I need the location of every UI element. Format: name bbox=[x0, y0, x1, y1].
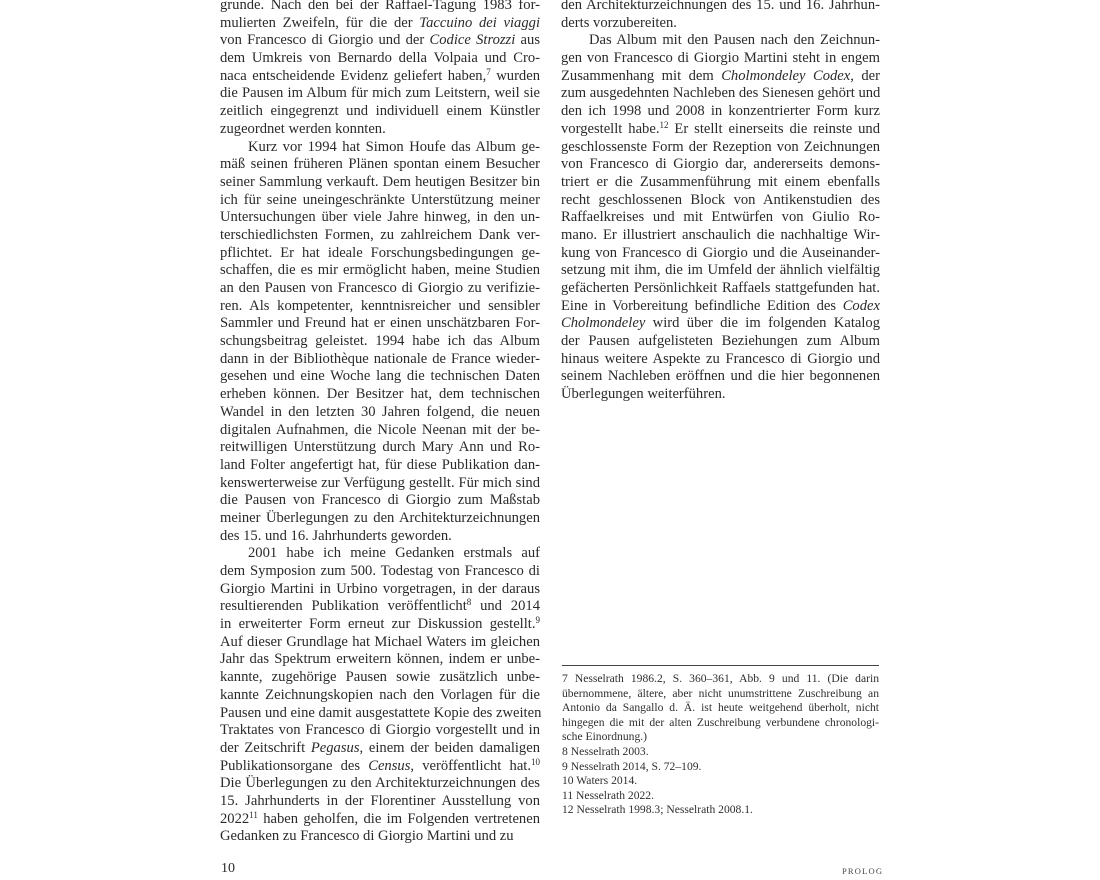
right-text-column: den Architekturzeichnungen des 15. und 1… bbox=[561, 0, 880, 404]
text-line: dann in der Bibliothèque nationale de Fr… bbox=[220, 351, 540, 369]
text-line: Auf dieser Grundlage hat Michael Waters … bbox=[220, 634, 540, 652]
text-line: dem Umkreis von Bernardo della Volpaia u… bbox=[220, 50, 540, 68]
left-text-column: grunde. Nach den bei der Raffael-Tagung … bbox=[220, 0, 540, 846]
footnotes: 7 Nesselrath 1986.2, S. 360–361, Abb. 9 … bbox=[562, 672, 879, 818]
text-line: Publikationsorgane des Census, veröffent… bbox=[220, 758, 540, 776]
footnote-line: sche Einordnung.) bbox=[562, 730, 879, 745]
text-line: Raffaelkreises und mit Entwürfen von Giu… bbox=[561, 209, 880, 227]
text-line: die Pausen im Album für mich zum Leitste… bbox=[220, 85, 540, 103]
footnote-line: 11 Nesselrath 2022. bbox=[562, 789, 879, 804]
text-line: ich für seine uneingeschränkte Unterstüt… bbox=[220, 192, 540, 210]
text-line: dem Symposion zum 500. Todestag von Fran… bbox=[220, 563, 540, 581]
text-line: 202211 haben geholfen, die im Folgenden … bbox=[220, 811, 540, 829]
footnote-line: 9 Nesselrath 2014, S. 72–109. bbox=[562, 760, 879, 775]
text-line: Pausen und eine damit ausgestattete Kopi… bbox=[220, 705, 540, 723]
text-line: schungsbeitrag geleistet. 1994 habe ich … bbox=[220, 333, 540, 351]
footnote-separator-rule bbox=[562, 665, 879, 666]
text-line: kenswerterweise zur Verfügung gestellt. … bbox=[220, 475, 540, 493]
footnote-line: übernommene, ältere, aber nicht unumstri… bbox=[562, 687, 879, 702]
text-line: von Francesco di Giorgio dar, anderersei… bbox=[561, 156, 880, 174]
footnote-reference[interactable]: 12 bbox=[659, 120, 668, 130]
text-line: vorgestellt habe.12 Er stellt einerseits… bbox=[561, 121, 880, 139]
text-line: Jahr das Spektrum erweitern können, inde… bbox=[220, 651, 540, 669]
text-line: mulierten Zweifeln, für die der Taccuino… bbox=[220, 15, 540, 33]
text-line: gesehen und eine Woche lang die technisc… bbox=[220, 368, 540, 386]
text-line: geschlossenste Form der Rezeption von Ze… bbox=[561, 139, 880, 157]
text-line: Die Überlegungen zu den Architekturzeich… bbox=[220, 775, 540, 793]
italic-title: Codex bbox=[843, 298, 880, 314]
text-line: schaffen, die es mir ermöglicht haben, m… bbox=[220, 262, 540, 280]
text-line: grunde. Nach den bei der Raffael-Tagung … bbox=[220, 0, 540, 15]
text-line: Sammler und Freund hat er einen unschätz… bbox=[220, 315, 540, 333]
text-line: Gedanken zu Francesco di Giorgio Martini… bbox=[220, 828, 540, 846]
text-line: reitwilligen Unterstützung durch Mary An… bbox=[220, 439, 540, 457]
italic-title: Cholmondeley bbox=[561, 315, 645, 331]
text-line: an den Pausen von Francesco di Giorgio z… bbox=[220, 280, 540, 298]
text-line: meiner Überlegungen zu den Architekturze… bbox=[220, 510, 540, 528]
text-line: Untersuchungen über viele Jahre hinweg, … bbox=[220, 209, 540, 227]
text-line: mano. Er illustriert anschaulich die nac… bbox=[561, 227, 880, 245]
footnote-line: hingegen die mit der alten Zuschreibung … bbox=[562, 716, 879, 731]
text-line: terschiedlichsten Formen, zu zahlreichem… bbox=[220, 227, 540, 245]
footnote-line: 7 Nesselrath 1986.2, S. 360–361, Abb. 9 … bbox=[562, 672, 879, 687]
text-line: 2001 habe ich meine Gedanken erstmals au… bbox=[220, 545, 540, 563]
text-line: Eine in Vorbereitung befindliche Edition… bbox=[561, 298, 880, 316]
text-line: Traktates von Francesco di Giorgio vorge… bbox=[220, 722, 540, 740]
text-line: land Folter angefertigt hat, für diese P… bbox=[220, 457, 540, 475]
footnote-reference[interactable]: 9 bbox=[536, 615, 541, 625]
footnote-line: 12 Nesselrath 1998.3; Nesselrath 2008.1. bbox=[562, 803, 879, 818]
text-line: seiner Sammlung verkauft. Dem heutigen B… bbox=[220, 174, 540, 192]
text-line: naca entscheidende Evidenz geliefert hab… bbox=[220, 68, 540, 86]
page-number: 10 bbox=[221, 861, 235, 877]
footnote-line: 10 Waters 2014. bbox=[562, 774, 879, 789]
text-line: Das Album mit den Pausen nach den Zeichn… bbox=[561, 32, 880, 50]
footnote-reference[interactable]: 7 bbox=[486, 67, 491, 77]
text-line: in erweiterter Form erneut zur Diskussio… bbox=[220, 616, 540, 634]
text-line: Kurz vor 1994 hat Simon Houfe das Album … bbox=[220, 139, 540, 157]
text-line: den Architekturzeichnungen des 15. und 1… bbox=[561, 0, 880, 15]
text-line: Zusammenhang mit dem Cholmondeley Codex,… bbox=[561, 68, 880, 86]
text-line: des 15. und 16. Jahrhunderts geworden. bbox=[220, 528, 540, 546]
text-line: zugeordnet werden konnten. bbox=[220, 121, 540, 139]
text-line: pflichtet. Er hat ideale Forschungsbedin… bbox=[220, 245, 540, 263]
text-line: ren. Als kompetenter, kenntnisreicher un… bbox=[220, 298, 540, 316]
italic-title: Pegasus bbox=[311, 740, 360, 756]
running-head: PROLOG bbox=[842, 866, 883, 876]
text-line: setzung mit ihm, die im Umfeld der ähnli… bbox=[561, 262, 880, 280]
text-line: Cholmondeley wird über die im folgenden … bbox=[561, 315, 880, 333]
text-line: resultierenden Publikation veröffentlich… bbox=[220, 598, 540, 616]
text-line: seinem Nachleben eröffnen und die hier b… bbox=[561, 368, 880, 386]
italic-title: Cholmondeley Codex bbox=[721, 68, 850, 84]
text-line: gen von Francesco di Giorgio Martini ste… bbox=[561, 50, 880, 68]
text-line: den ich 1998 und 2008 in konzentrierter … bbox=[561, 103, 880, 121]
italic-title: Taccuino dei viaggi bbox=[419, 15, 540, 31]
text-line: zum ausgedehnten Nachleben des Sienesen … bbox=[561, 85, 880, 103]
italic-title: Codice Strozzi bbox=[430, 32, 516, 48]
text-line: Giorgio Martini in Urbino vorgetragen, i… bbox=[220, 581, 540, 599]
text-line: kung von Francesco di Giorgio und die Au… bbox=[561, 245, 880, 263]
text-line: der Pausen aufgelisteten Beziehungen zum… bbox=[561, 333, 880, 351]
text-line: kannte Zeichnungskopien nach den Vorlage… bbox=[220, 687, 540, 705]
footnote-reference[interactable]: 10 bbox=[531, 757, 540, 767]
footnote-reference[interactable]: 11 bbox=[249, 810, 258, 820]
text-line: der Zeitschrift Pegasus, einem der beide… bbox=[220, 740, 540, 758]
text-line: erheben können. Der Besitzer hat, dem te… bbox=[220, 386, 540, 404]
text-line: kannte, zugehörige Pausen sowie zusätzli… bbox=[220, 669, 540, 687]
footnote-line: Antonio da Sangallo d. Ä. ist heute weit… bbox=[562, 701, 879, 716]
text-line: zeitlich eingegrenzt und individuell ein… bbox=[220, 103, 540, 121]
text-line: derts vorzubereiten. bbox=[561, 15, 880, 33]
text-line: triert er die Zusammenführung mit einem … bbox=[561, 174, 880, 192]
text-line: Wandel in den letzten 30 Jahren folgend,… bbox=[220, 404, 540, 422]
footnote-line: 8 Nesselrath 2003. bbox=[562, 745, 879, 760]
text-line: mäß seinen früheren Plänen spontan einem… bbox=[220, 156, 540, 174]
footnote-reference[interactable]: 8 bbox=[467, 597, 472, 607]
text-line: digitalen Aufnahmen, die Nicole Neenan m… bbox=[220, 422, 540, 440]
italic-title: Census bbox=[368, 758, 410, 774]
text-line: hinaus weitere Aspekte zu Francesco di G… bbox=[561, 351, 880, 369]
text-line: 15. Jahrhunderts in der Florentiner Auss… bbox=[220, 793, 540, 811]
text-line: gefächerten Persönlichkeit Raffaels stat… bbox=[561, 280, 880, 298]
text-line: recht geschlossenen Block von Antikenstu… bbox=[561, 192, 880, 210]
text-line: von Francesco di Giorgio und der Codice … bbox=[220, 32, 540, 50]
text-line: Überlegungen weiterführen. bbox=[561, 386, 880, 404]
text-line: die Pausen von Francesco di Giorgio zum … bbox=[220, 492, 540, 510]
